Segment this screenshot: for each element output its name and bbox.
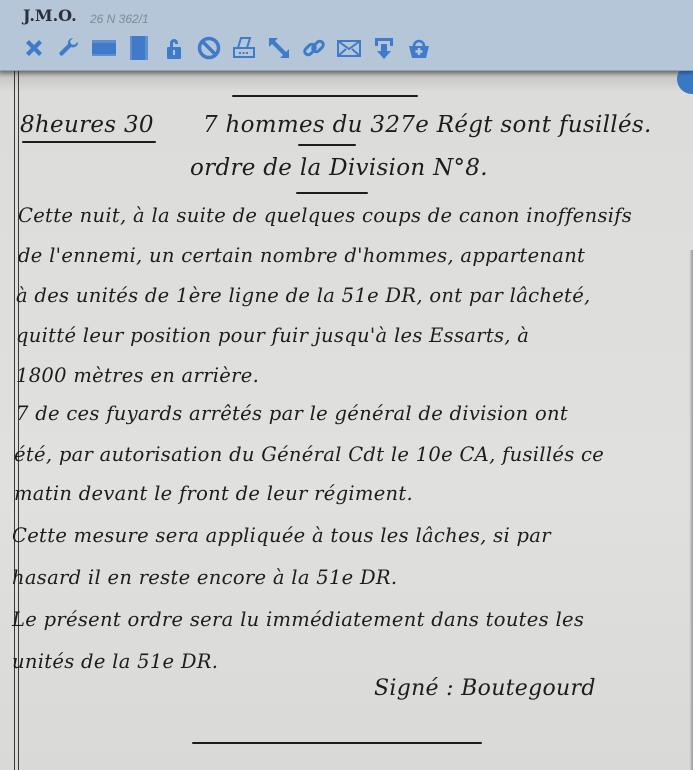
fit-height-icon[interactable] — [127, 36, 151, 60]
body-line: à des unités de 1ère ligne de la 51e DR,… — [16, 284, 591, 307]
body-line: quitté leur position pour fuir jusqu'à l… — [16, 324, 529, 347]
add-to-basket-icon[interactable] — [407, 36, 431, 60]
wrench-icon[interactable] — [57, 36, 81, 60]
body-line: de l'ennemi, un certain nombre d'hommes,… — [18, 244, 585, 267]
document-reference: 26 N 362/1 — [90, 12, 149, 26]
heading-line-1: 7 hommes du 327e Régt sont fusillés. — [203, 112, 652, 138]
body-line: été, par autorisation du Général Cdt le … — [14, 443, 604, 466]
body-line: hasard il en reste encore à la 51e DR. — [12, 566, 397, 589]
body-line: 1800 mètres en arrière. — [16, 364, 259, 387]
body-line: Cette nuit, à la suite de quelques coups… — [18, 204, 632, 227]
body-line: Cette mesure sera appliquée à tous les l… — [12, 524, 551, 547]
heading-line-2: ordre de la Division N°8. — [190, 155, 488, 181]
document-series-title: J.M.O. — [23, 6, 77, 25]
signature: Signé : Boutegourd — [374, 676, 596, 701]
download-icon[interactable] — [372, 36, 396, 60]
time-entry: 8heures 30 — [20, 112, 154, 138]
body-line: 7 de ces fuyards arrêtés par le général … — [16, 402, 568, 425]
viewer-toolbar: J.M.O. 26 N 362/1 — [0, 0, 693, 71]
top-rule — [232, 95, 418, 97]
time-underline — [22, 141, 156, 143]
page-edge — [689, 250, 693, 770]
close-icon[interactable] — [22, 36, 46, 60]
toolbar-icons — [22, 36, 431, 60]
print-icon[interactable] — [232, 36, 256, 60]
unlock-icon[interactable] — [162, 36, 186, 60]
body-line: unités de la 51e DR. — [12, 650, 218, 673]
link-icon[interactable] — [302, 36, 326, 60]
bottom-rule — [192, 742, 482, 744]
heading-underline — [298, 144, 356, 146]
mail-icon[interactable] — [337, 36, 361, 60]
fit-width-icon[interactable] — [92, 36, 116, 60]
body-line: Le présent ordre sera lu immédiatement d… — [12, 608, 584, 631]
block-icon[interactable] — [197, 36, 221, 60]
heading-underline-2 — [296, 192, 368, 194]
document-viewer[interactable]: 8heures 30 7 hommes du 327e Régt sont fu… — [0, 0, 693, 770]
body-line: matin devant le front de leur régiment. — [14, 482, 413, 505]
resize-icon[interactable] — [267, 36, 291, 60]
